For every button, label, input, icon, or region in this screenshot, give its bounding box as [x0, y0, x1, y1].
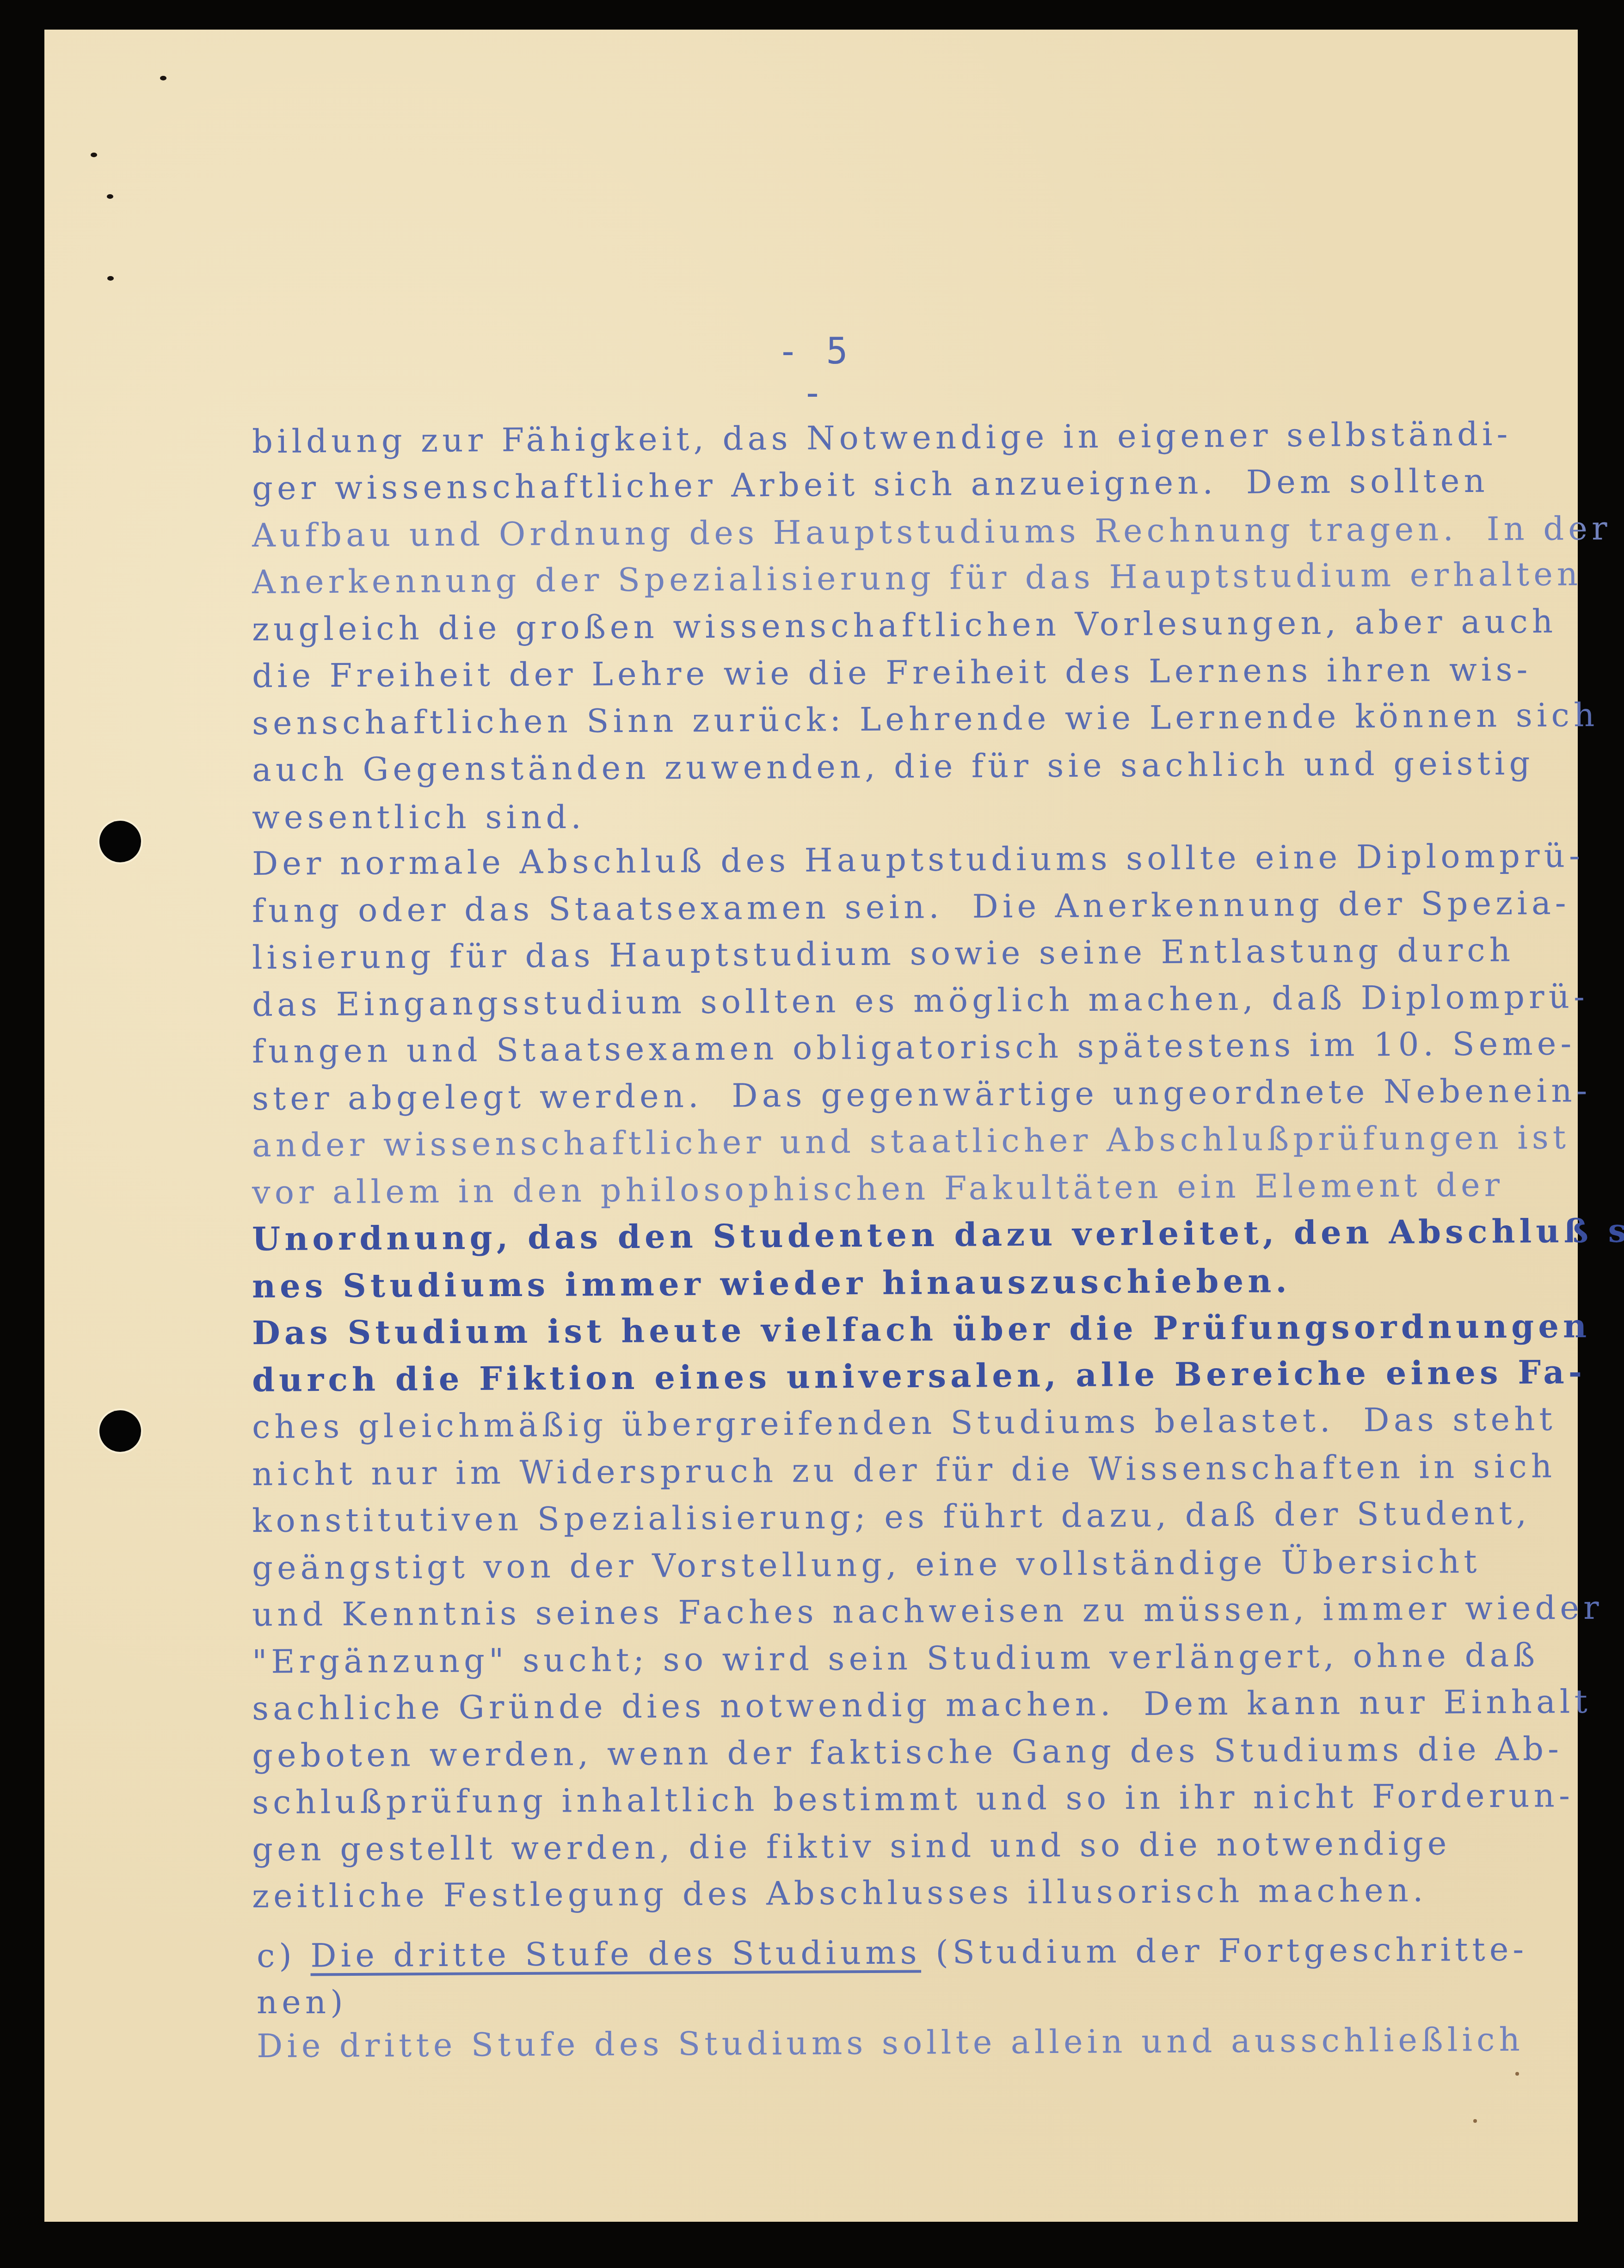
- text-line: bildung zur Fähigkeit, das Notwendige in…: [252, 418, 1512, 458]
- text-line: ches gleichmäßig übergreifenden Studiums…: [252, 1403, 1556, 1443]
- text-line: "Ergänzung" sucht; so wird sein Studium …: [252, 1639, 1539, 1678]
- pinhole-mark: [91, 153, 97, 157]
- text-line: Anerkennung der Spezialisierung für das …: [252, 558, 1582, 598]
- text-line: wesentlich sind.: [252, 801, 585, 833]
- text-line: zugleich die großen wissenschaftlichen V…: [252, 605, 1557, 645]
- text-line: fungen und Staatsexamen obligatorisch sp…: [252, 1027, 1576, 1068]
- section-c-continuation: nen): [257, 1986, 347, 2018]
- paper-speck: [1515, 2072, 1519, 2076]
- text-line: die Freiheit der Lehre wie die Freiheit …: [252, 653, 1532, 692]
- punch-hole-bottom: [99, 1410, 141, 1452]
- text-line: geboten werden, wenn der faktische Gang …: [252, 1733, 1563, 1772]
- pinhole-mark: [107, 276, 114, 281]
- text-line: ander wissenschaftlicher und staatlicher…: [252, 1121, 1570, 1162]
- text-line-bold: Unordnung, das den Studenten dazu verlei…: [252, 1214, 1624, 1255]
- section-c-suffix: (Studium der Fortgeschritte-: [921, 1930, 1528, 1972]
- text-line: sachliche Gründe dies notwendig machen. …: [252, 1685, 1592, 1725]
- section-c-body-line: Die dritte Stufe des Studiums sollte all…: [257, 2023, 1524, 2062]
- text-line: fung oder das Staatsexamen sein. Die Ane…: [252, 887, 1570, 927]
- text-line: das Eingangsstudium sollten es möglich m…: [252, 980, 1589, 1021]
- punch-hole-top: [99, 821, 141, 862]
- text-line: und Kenntnis seines Faches nachweisen zu…: [252, 1592, 1603, 1631]
- text-line: zeitliche Festlegung des Abschlusses ill…: [252, 1874, 1427, 1912]
- text-line-bold: durch die Fiktion eines universalen, all…: [252, 1356, 1587, 1396]
- text-line: konstitutiven Spezialisierung; es führt …: [252, 1497, 1531, 1537]
- section-c-heading-line: c) Die dritte Stufe des Studiums (Studiu…: [257, 1933, 1528, 1972]
- text-line: Der normale Abschluß des Hauptstudiums s…: [252, 839, 1584, 880]
- page-number: - 5 -: [763, 331, 865, 414]
- text-line: schlußprüfung inhaltlich bestimmt und so…: [252, 1779, 1574, 1819]
- text-line: vor allem in den philosophischen Fakultä…: [252, 1168, 1504, 1209]
- text-line: senschaftlichen Sinn zurück: Lehrende wi…: [252, 699, 1599, 739]
- text-line: nicht nur im Widerspruch zu der für die …: [252, 1450, 1556, 1490]
- pinhole-mark: [160, 76, 166, 80]
- text-line: auch Gegenständen zuwenden, die für sie …: [252, 747, 1534, 786]
- text-line: geängstigt von der Vorstellung, eine vol…: [252, 1545, 1481, 1584]
- section-c-heading: Die dritte Stufe des Studiums: [310, 1933, 921, 1974]
- text-line: ster abgelegt werden. Das gegenwärtige u…: [252, 1074, 1592, 1115]
- pinhole-mark: [107, 194, 113, 199]
- text-line: gen gestellt werden, die fiktiv sind und…: [252, 1827, 1451, 1866]
- text-line: Aufbau und Ordnung des Hauptstudiums Rec…: [252, 512, 1612, 552]
- text-line: ger wissenschaftlicher Arbeit sich anzue…: [252, 465, 1489, 504]
- text-line-bold: nes Studiums immer wieder hinauszuschieb…: [252, 1265, 1291, 1303]
- text-line-bold: Das Studium ist heute vielfach über die …: [252, 1310, 1591, 1349]
- text-line: lisierung für das Hauptstudium sowie sei…: [252, 934, 1515, 974]
- paper-speck: [1473, 2119, 1477, 2123]
- section-c-prefix: c): [257, 1936, 311, 1975]
